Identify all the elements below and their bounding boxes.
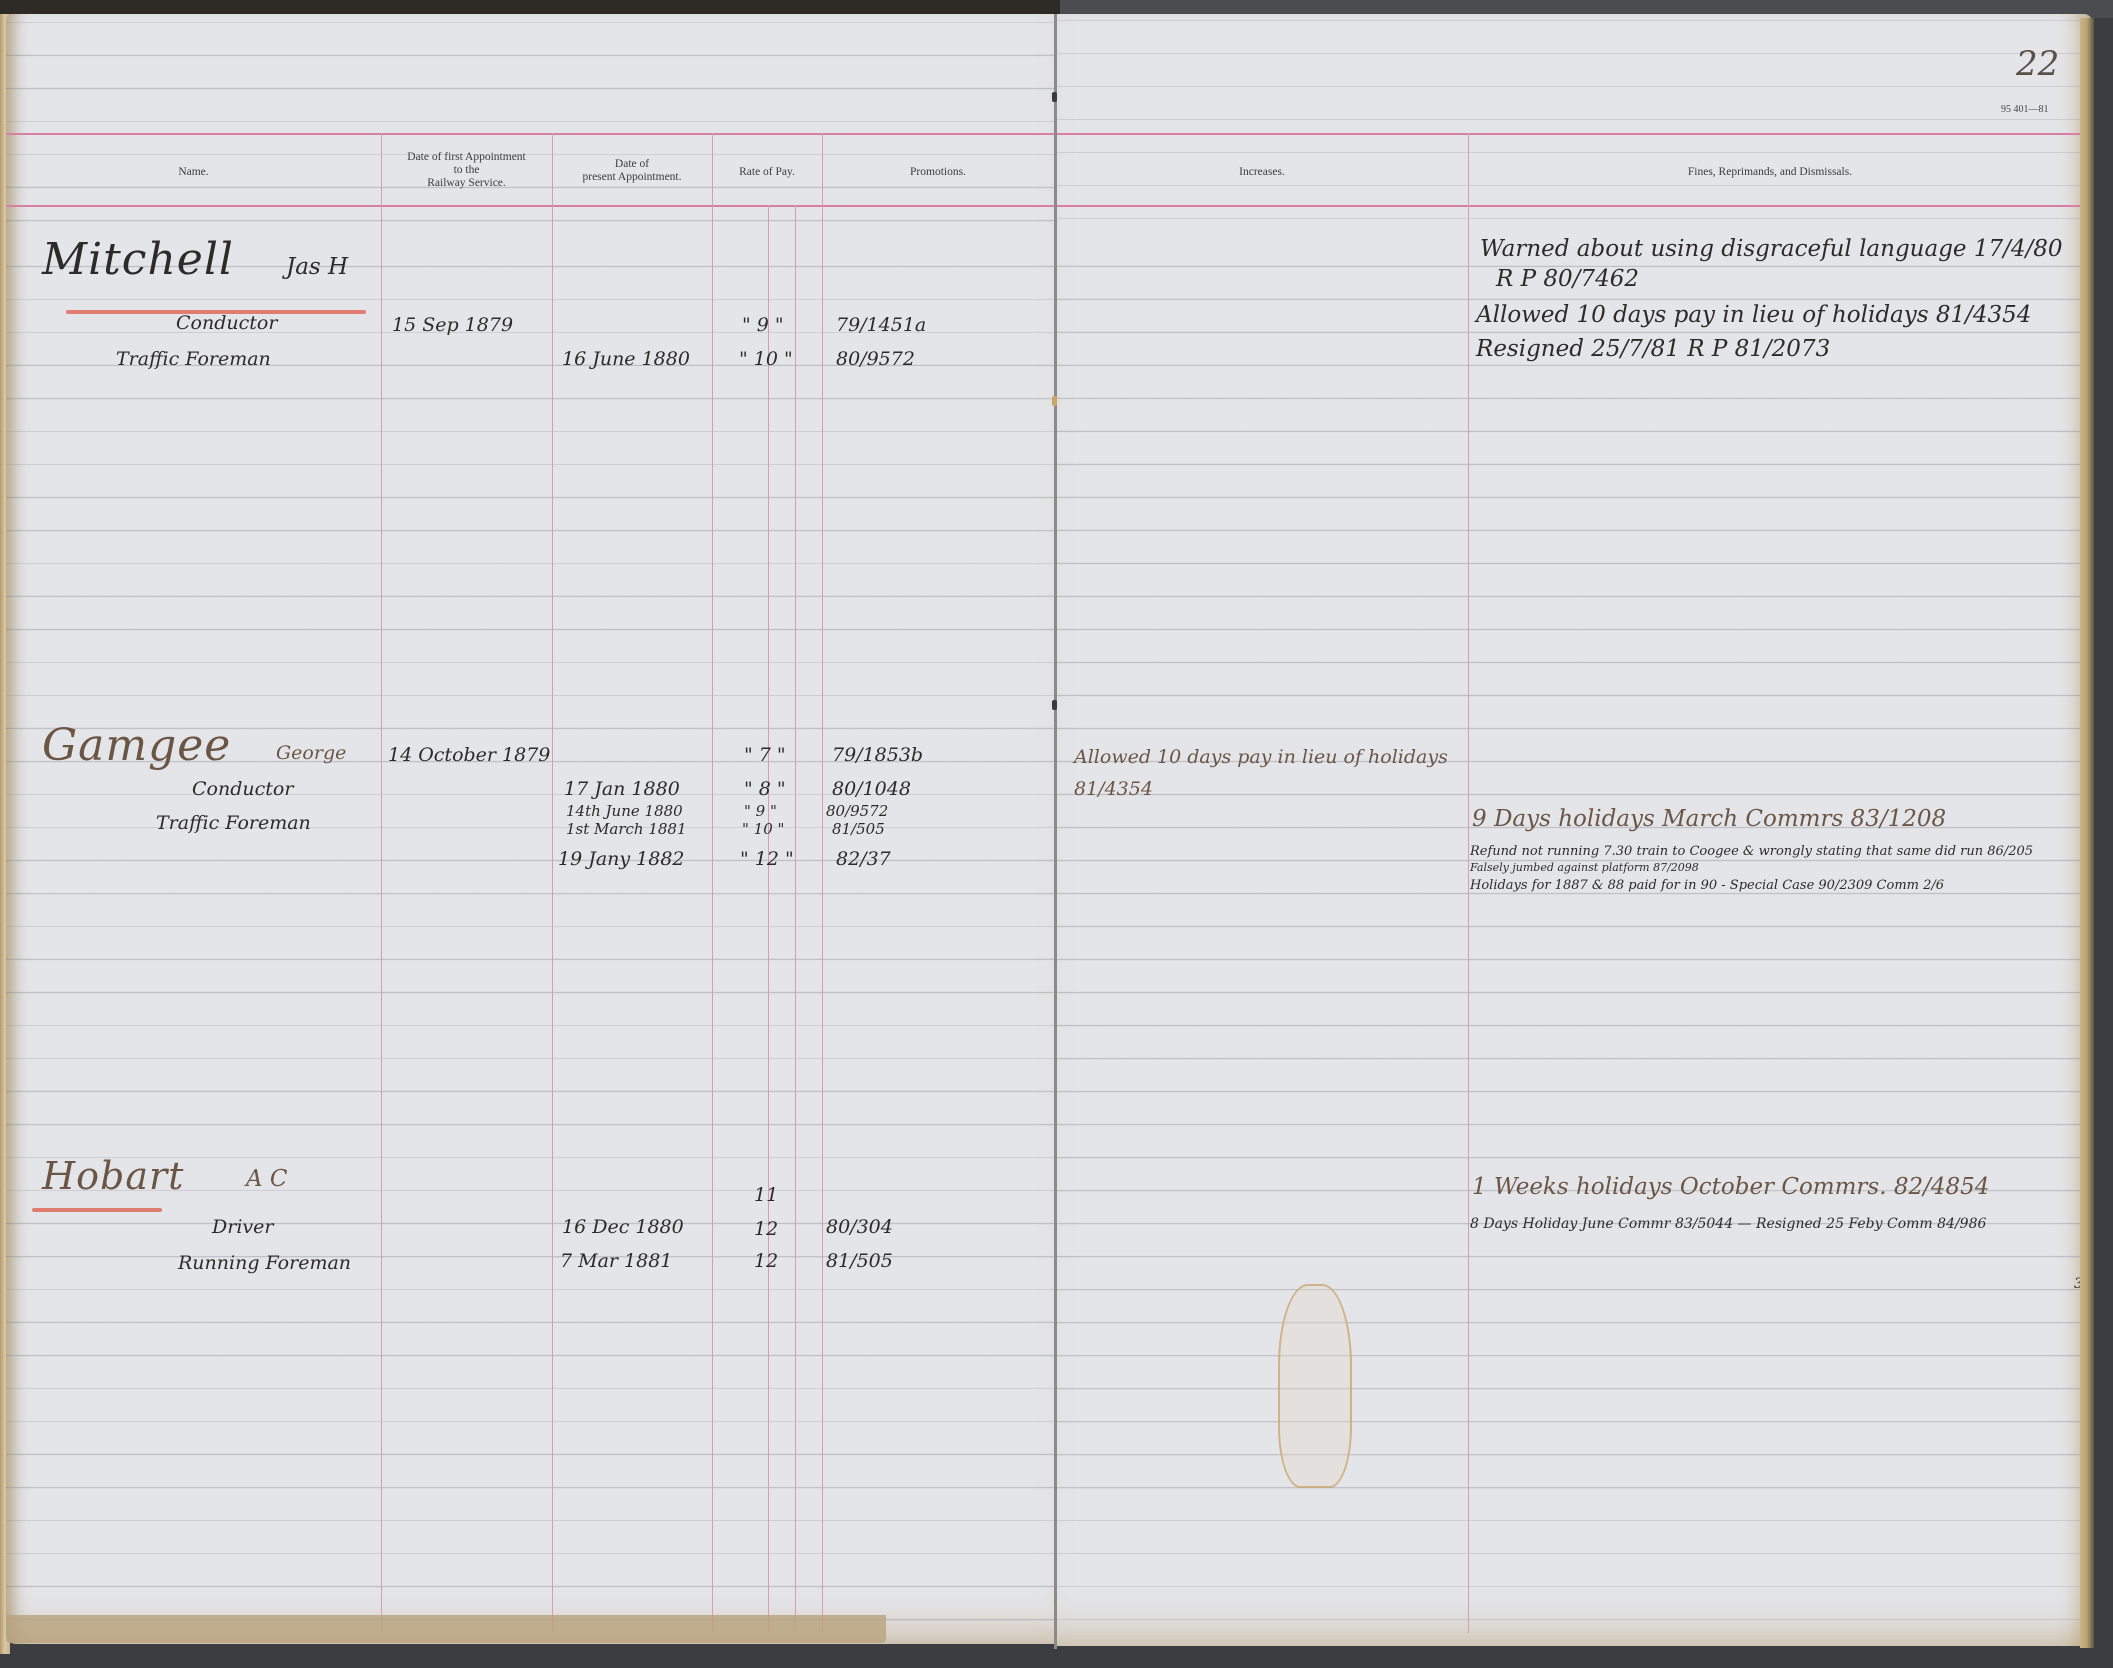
entry-first-appointment: 14 October 1879	[388, 744, 550, 766]
entry-fine: R P 80/7462	[1496, 266, 1639, 292]
entry-promotion: 79/1451a	[836, 314, 926, 336]
rate-subcolumn-divider	[768, 205, 769, 1633]
column-header-fines: Fines, Reprimands, and Dismissals.	[1468, 166, 2072, 179]
entry-surname: Gamgee	[42, 720, 231, 771]
entry-promotion: 80/9572	[826, 802, 888, 820]
entry-present-appointment: 16 Dec 1880	[562, 1216, 684, 1238]
header-bottom-rule	[1056, 205, 2092, 207]
entry-rate: " 9 "	[742, 314, 784, 336]
column-header-name: Name.	[6, 166, 381, 179]
entry-position: Conductor	[176, 312, 277, 334]
entry-given-name: A C	[246, 1166, 288, 1192]
entry-rate: 12	[754, 1218, 778, 1240]
entry-present-appointment: 7 Mar 1881	[560, 1250, 672, 1272]
header-line: Date of first Appointment	[381, 151, 552, 164]
form-number: 95 401—81	[2001, 104, 2049, 115]
column-divider	[822, 133, 823, 1633]
entry-promotion: 80/1048	[832, 778, 911, 800]
entry-first-appointment: 15 Sep 1879	[392, 314, 513, 336]
entry-fine: 1 Weeks holidays October Commrs. 82/4854	[1472, 1174, 1989, 1200]
entry-rate: 12	[754, 1250, 778, 1272]
binding-thread	[1052, 700, 1057, 710]
binding-thread	[1052, 92, 1057, 102]
column-divider	[1468, 133, 1469, 1633]
entry-present-appointment: 16 June 1880	[562, 348, 690, 370]
book-spine	[1054, 14, 1057, 1649]
entry-present-appointment: 19 Jany 1882	[558, 848, 685, 870]
binding-thread	[1052, 396, 1057, 406]
entry-present-appointment: 14th June 1880	[566, 802, 683, 820]
header-bottom-rule	[6, 205, 1054, 207]
entry-rate: " 10 "	[742, 820, 784, 838]
column-header-promotions: Promotions.	[822, 166, 1054, 179]
column-divider	[712, 133, 713, 1633]
entry-fine: Resigned 25/7/81 R P 81/2073	[1476, 336, 1830, 362]
entry-promotion: 80/9572	[836, 348, 915, 370]
header-line: Railway Service.	[381, 177, 552, 190]
column-header-first-appointment: Date of first Appointment to the Railway…	[381, 151, 552, 190]
entry-promotion: 82/37	[836, 848, 891, 870]
page-number: 22	[2016, 44, 2059, 84]
ledger-page-right: 22 95 401—81 Increases. Fines, Reprimand…	[1056, 14, 2092, 1646]
entry-position: Traffic Foreman	[116, 348, 271, 370]
entry-fine: Holidays for 1887 & 88 paid for in 90 - …	[1470, 878, 1944, 893]
entry-surname: Hobart	[42, 1154, 184, 1198]
entry-fine: Falsely jumbed against platform 87/2098	[1470, 861, 1699, 874]
entry-position: Conductor	[192, 778, 293, 800]
entry-rate: " 7 "	[744, 744, 786, 766]
entry-rate: 11	[754, 1184, 778, 1206]
column-header-rate-of-pay: Rate of Pay.	[712, 166, 822, 179]
column-divider	[381, 133, 382, 1633]
entry-fine: Allowed 10 days pay in lieu of holidays …	[1476, 302, 2031, 328]
entry-fine: Refund not running 7.30 train to Coogee …	[1470, 844, 2033, 859]
entry-increase: Allowed 10 days pay in lieu of holidays	[1074, 746, 1448, 768]
entry-position: Running Foreman	[178, 1252, 351, 1274]
column-header-increases: Increases.	[1056, 166, 1468, 179]
entry-rate: " 12 "	[740, 848, 794, 870]
page-stack-edge-right	[2080, 18, 2094, 1648]
entry-position: Traffic Foreman	[156, 812, 311, 834]
entry-rate: " 10 "	[739, 348, 793, 370]
column-header-present-appointment: Date of present Appointment.	[552, 158, 712, 184]
entry-rate: " 9 "	[744, 802, 777, 820]
entry-fine: 9 Days holidays March Commrs 83/1208	[1472, 806, 1946, 832]
entry-promotion: 81/505	[826, 1250, 893, 1272]
entry-present-appointment: 1st March 1881	[566, 820, 687, 838]
ledger-page-left: Name. Date of first Appointment to the R…	[6, 14, 1054, 1644]
header-top-rule	[6, 133, 1054, 135]
entry-promotion: 79/1853b	[832, 744, 923, 766]
header-line: Date of	[552, 158, 712, 171]
header-top-rule	[1056, 133, 2092, 135]
entry-fine: Warned about using disgraceful language …	[1480, 236, 2063, 262]
entry-rate: " 8 "	[744, 778, 786, 800]
rate-subcolumn-divider	[795, 205, 796, 1633]
entry-given-name: Jas H	[286, 254, 348, 280]
entry-given-name: George	[276, 742, 346, 764]
entry-surname: Mitchell	[42, 234, 234, 285]
page-bottom-fraying	[6, 1615, 886, 1643]
column-divider	[552, 133, 553, 1633]
entry-fine: 8 Days Holiday June Commr 83/5044 — Resi…	[1470, 1216, 1986, 1232]
header-line: present Appointment.	[552, 171, 712, 184]
entry-promotion: 80/304	[826, 1216, 893, 1238]
entry-present-appointment: 17 Jan 1880	[564, 778, 680, 800]
entry-increase: 81/4354	[1074, 778, 1153, 800]
entry-promotion: 81/505	[832, 820, 885, 838]
red-underline	[32, 1208, 162, 1212]
entry-position: Driver	[212, 1216, 273, 1238]
header-line: to the	[381, 164, 552, 177]
water-stain	[1278, 1284, 1352, 1488]
